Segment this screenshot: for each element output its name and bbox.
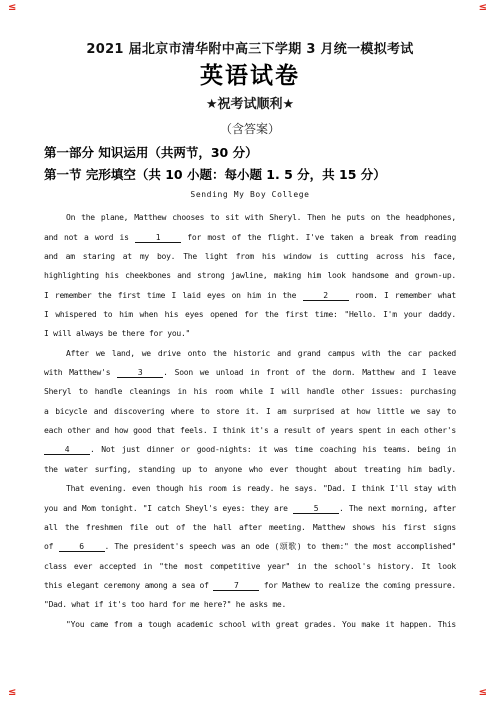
passage-line: class ever accepted in "the most competi… bbox=[44, 557, 456, 576]
corner-mark-icon: ≤ bbox=[479, 3, 487, 13]
passage-line: all the freshmen file out of the hall af… bbox=[44, 518, 456, 537]
cloze-blank: 1 bbox=[135, 233, 181, 243]
passage-title: Sending My Boy College bbox=[44, 185, 456, 204]
passage-line: a bicycle and discovering where to store… bbox=[44, 402, 456, 421]
corner-mark-icon: ≤ bbox=[479, 688, 487, 698]
passage-line: After we land, we drive onto the histori… bbox=[44, 344, 456, 363]
cloze-blank: 5 bbox=[293, 504, 339, 514]
passage-line: "Dad. what if it's too hard for me here?… bbox=[44, 595, 456, 614]
paper-title: 英语试卷 bbox=[44, 64, 456, 89]
exam-wish-line: ★祝考试顺利★ bbox=[44, 98, 456, 112]
passage-line: you and Mom tonight. "I catch Sheyl's ey… bbox=[44, 499, 456, 518]
passage-line: of 6. The president's speech was an ode … bbox=[44, 537, 456, 556]
answers-included-note: （含答案） bbox=[44, 123, 456, 136]
cloze-blank: 3 bbox=[117, 368, 163, 378]
cloze-blank: 2 bbox=[303, 291, 349, 301]
passage-line: this elegant ceremony among a sea of 7 f… bbox=[44, 576, 456, 595]
part-one-heading: 第一部分 知识运用（共两节，30 分） bbox=[44, 144, 456, 161]
passage-line: and not a word is 1 for most of the flig… bbox=[44, 228, 456, 247]
passage-line: On the plane, Matthew chooses to sit wit… bbox=[44, 208, 456, 227]
exam-session-title: 2021 届北京市清华附中高三下学期 3 月统一模拟考试 bbox=[44, 43, 456, 57]
exam-page: ≤ ≤ ≤ ≤ 2021 届北京市清华附中高三下学期 3 月统一模拟考试 英语试… bbox=[0, 0, 496, 702]
passage-line: each other and how good that feels. I th… bbox=[44, 421, 456, 440]
passage-line: the water surfing, standing up to anyone… bbox=[44, 460, 456, 479]
passage-line: Sheryl to handle cleanings in his room w… bbox=[44, 382, 456, 401]
passage-line: and am staring at my boy. The light from… bbox=[44, 247, 456, 266]
cloze-passage: Sending My Boy College On the plane, Mat… bbox=[44, 185, 456, 634]
passage-line: "You came from a tough academic school w… bbox=[44, 615, 456, 634]
passage-line: That evening. even though his room is re… bbox=[44, 479, 456, 498]
cloze-blank: 7 bbox=[213, 581, 259, 591]
passage-body: On the plane, Matthew chooses to sit wit… bbox=[44, 208, 456, 634]
corner-mark-icon: ≤ bbox=[8, 3, 16, 13]
passage-line: I whispered to him when his eyes opened … bbox=[44, 305, 456, 324]
passage-line: with Matthew's 3. Soon we unload in fron… bbox=[44, 363, 456, 382]
passage-line: highlighting his cheekbones and strong j… bbox=[44, 266, 456, 285]
cloze-blank: 6 bbox=[59, 542, 105, 552]
paper-header: 2021 届北京市清华附中高三下学期 3 月统一模拟考试 英语试卷 ★祝考试顺利… bbox=[44, 0, 456, 136]
cloze-blank: 4 bbox=[44, 445, 90, 455]
corner-mark-icon: ≤ bbox=[8, 688, 16, 698]
passage-line: I remember the first time I laid eyes on… bbox=[44, 286, 456, 305]
passage-line: I will always be there for you." bbox=[44, 324, 456, 343]
passage-line: 4. Not just dinner or good-nights: it wa… bbox=[44, 440, 456, 459]
section-one-heading: 第一节 完形填空（共 10 小题：每小题 1. 5 分，共 15 分） bbox=[44, 166, 456, 183]
